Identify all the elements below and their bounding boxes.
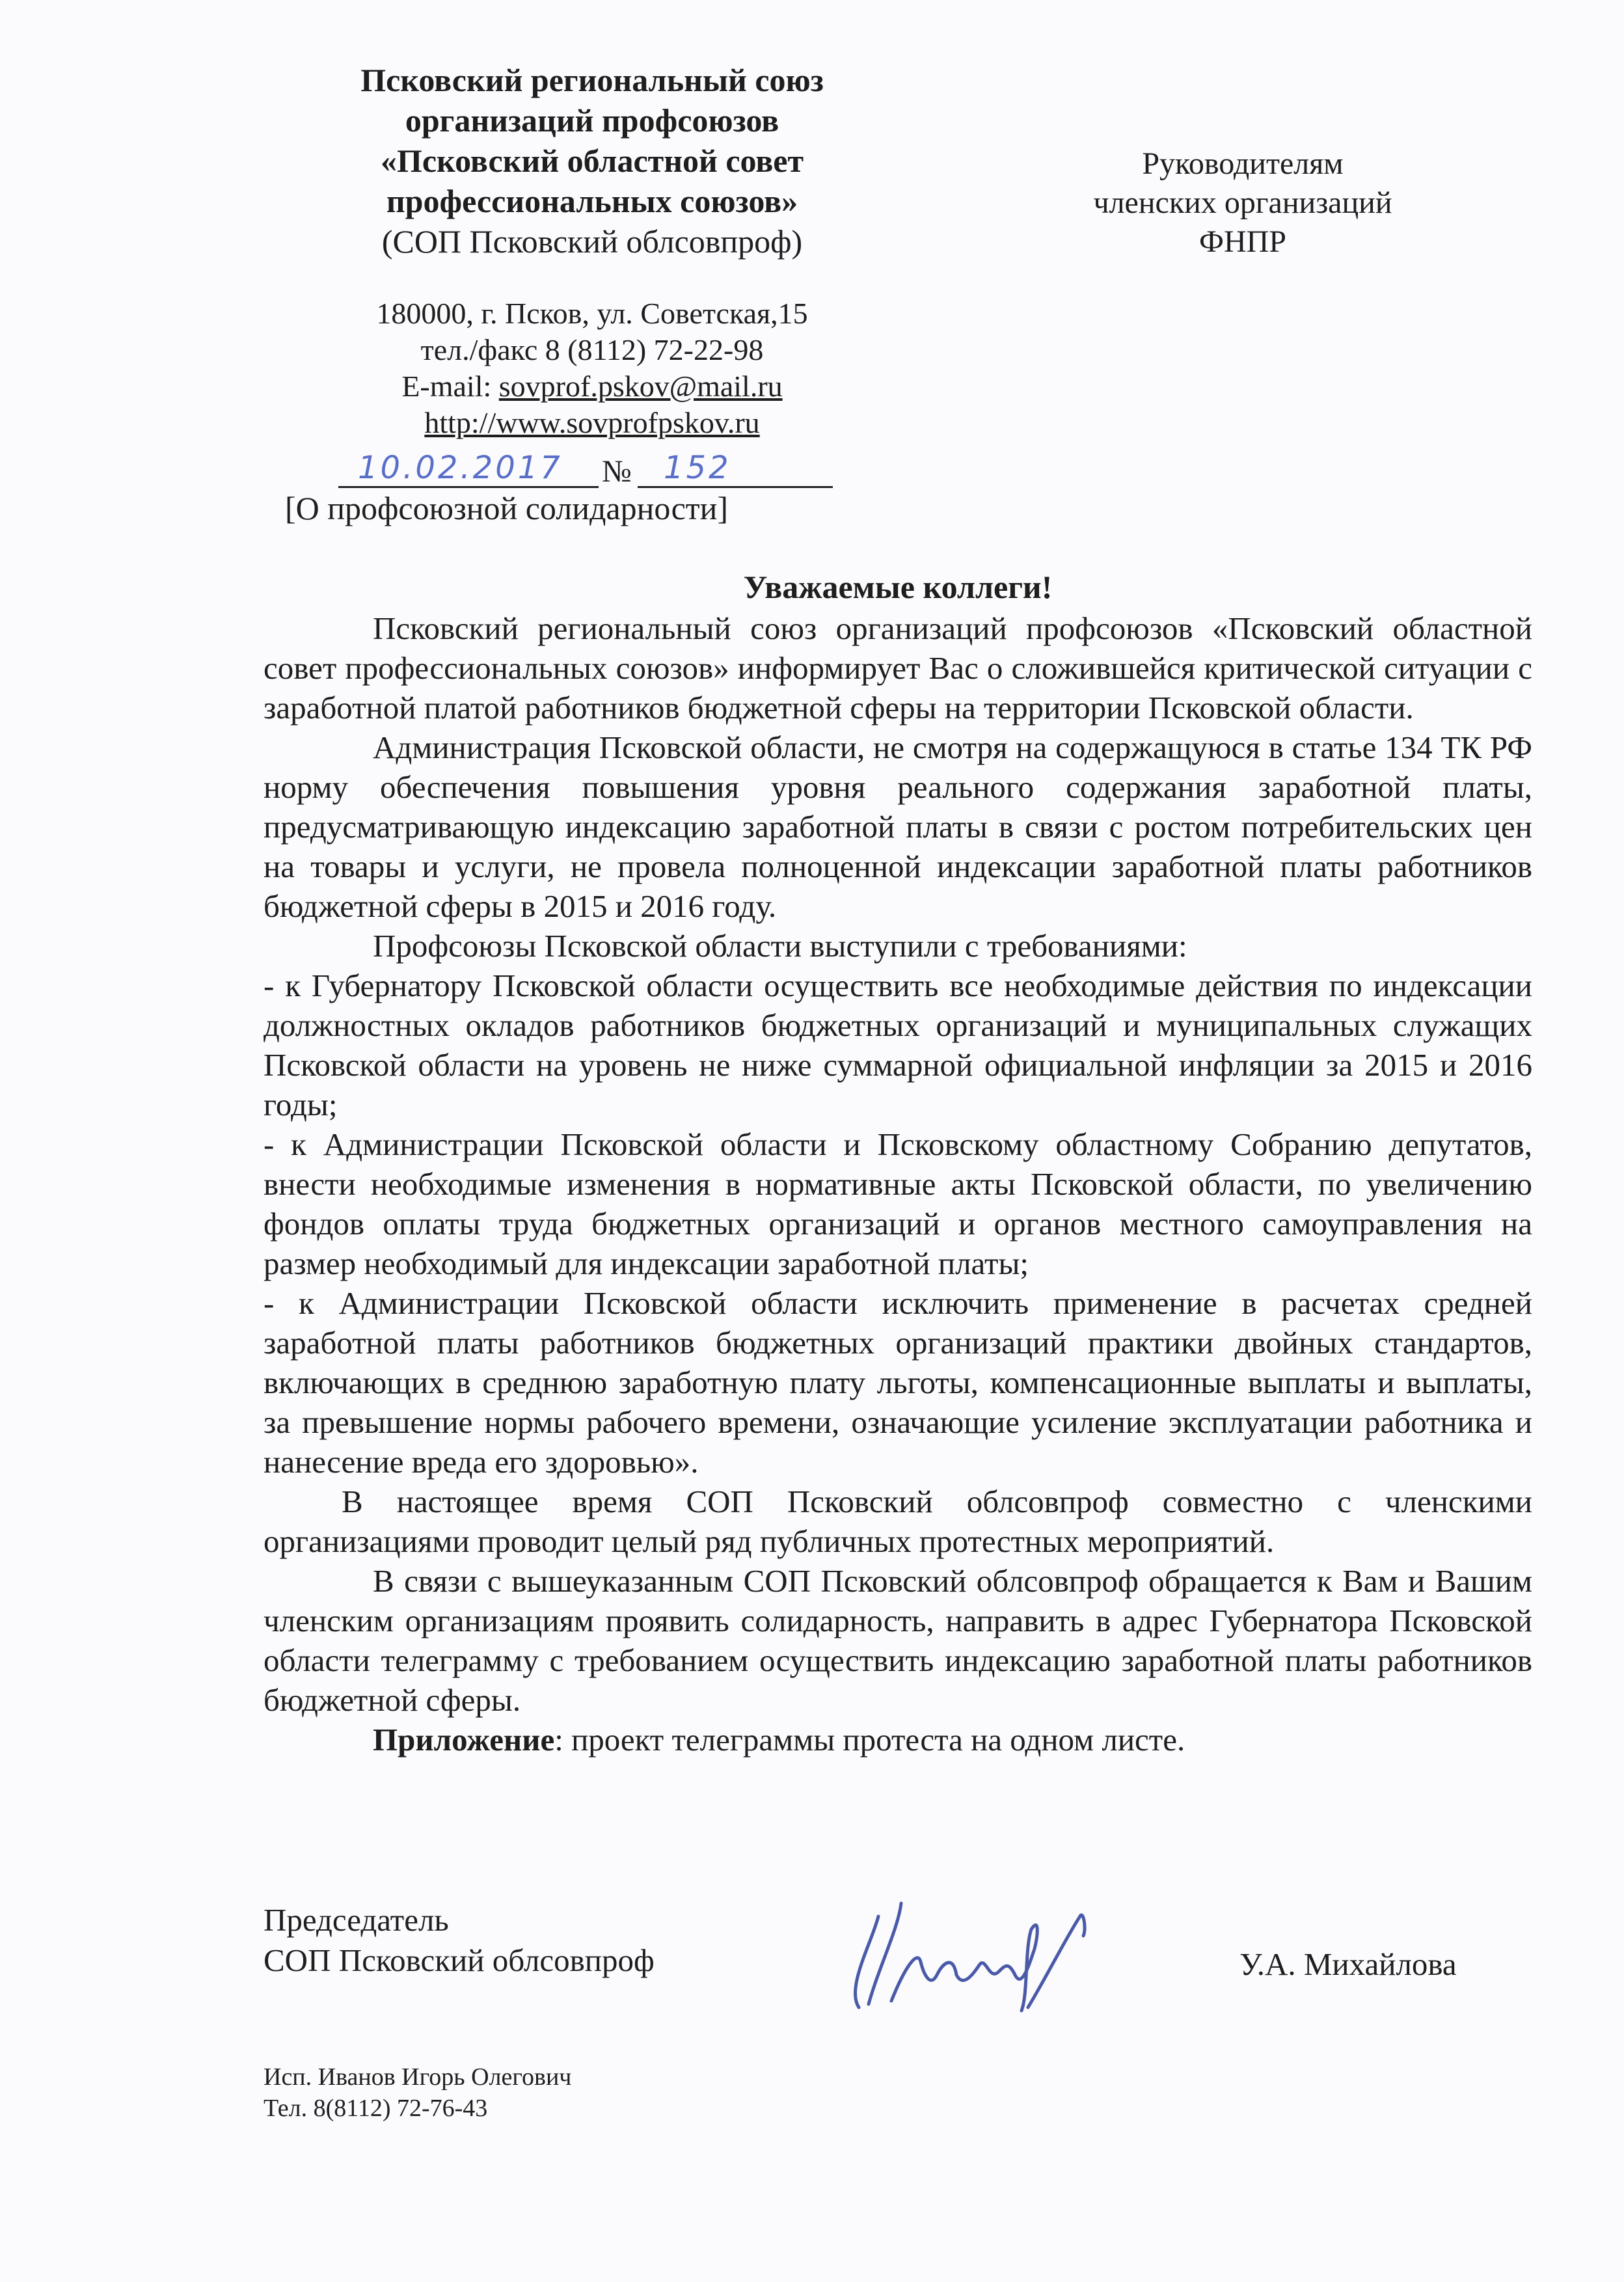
sender-phone-fax: тел./факс 8 (8112) 72-22-98 bbox=[280, 332, 904, 368]
demand-2: - к Администрации Псковской области и Пс… bbox=[264, 1124, 1532, 1283]
attachment-text: : проект телеграммы протеста на одном ли… bbox=[554, 1722, 1185, 1758]
signature-icon bbox=[833, 1890, 1145, 2014]
position-line-2: СОП Псковский облсовпроф bbox=[264, 1940, 655, 1981]
demand-3: - к Администрации Псковской области искл… bbox=[264, 1283, 1532, 1482]
paragraph-1: Псковский региональный союз организаций … bbox=[264, 608, 1532, 727]
recipient-block: Руководителям членских организаций ФНПР bbox=[1035, 144, 1451, 262]
email-label: E-mail: bbox=[401, 370, 498, 403]
recipient-line-1: Руководителям bbox=[1035, 144, 1451, 183]
org-name-line-1: Псковский региональный союз bbox=[280, 60, 904, 100]
letter-subject: [О профсоюзной солидарности] bbox=[285, 489, 728, 527]
paragraph-2: Администрация Псковской области, не смот… bbox=[264, 727, 1532, 926]
registration-line: 10.02.2017 № 152 bbox=[338, 449, 833, 493]
org-short-name: (СОП Псковский облсовпроф) bbox=[280, 221, 904, 262]
registration-date: 10.02.2017 bbox=[358, 450, 563, 486]
sender-contacts: 180000, г. Псков, ул. Советская,15 тел./… bbox=[280, 295, 904, 441]
executor-phone: Тел. 8(8112) 72-76-43 bbox=[264, 2093, 571, 2124]
paragraph-5: В связи с вышеуказанным СОП Псковский об… bbox=[264, 1561, 1532, 1720]
executor-info: Исп. Иванов Игорь Олегович Тел. 8(8112) … bbox=[264, 2061, 571, 2124]
paragraph-4: В настоящее время СОП Псковский облсовпр… bbox=[264, 1482, 1532, 1561]
recipient-line-2: членских организаций bbox=[1035, 183, 1451, 223]
recipient-line-3: ФНПР bbox=[1035, 223, 1451, 262]
position-line-1: Председатель bbox=[264, 1900, 655, 1940]
sender-email-line: E-mail: sovprof.pskov@mail.ru bbox=[280, 368, 904, 405]
org-name-line-3: «Псковский областной совет bbox=[280, 141, 904, 181]
sender-address: 180000, г. Псков, ул. Советская,15 bbox=[280, 295, 904, 332]
number-sign: № bbox=[602, 454, 632, 489]
salutation: Уважаемые коллеги! bbox=[264, 567, 1532, 607]
letter-body: Уважаемые коллеги! Псковский региональны… bbox=[264, 567, 1532, 1759]
org-name-line-2: организаций профсоюзов bbox=[280, 100, 904, 141]
registration-number: 152 bbox=[664, 450, 731, 486]
handwritten-signature bbox=[833, 1890, 1145, 2014]
attachment-line: Приложение: проект телеграммы протеста н… bbox=[264, 1720, 1532, 1759]
attachment-label: Приложение bbox=[373, 1722, 554, 1758]
website-link[interactable]: http://www.sovprofpskov.ru bbox=[280, 405, 904, 441]
registration-number-field: 152 bbox=[638, 443, 833, 488]
org-name-line-4: профессиональных союзов» bbox=[280, 181, 904, 221]
registration-date-field: 10.02.2017 bbox=[338, 443, 599, 488]
signatory-position: Председатель СОП Псковский облсовпроф bbox=[264, 1900, 655, 1981]
sender-letterhead: Псковский региональный союз организаций … bbox=[280, 60, 904, 441]
signatory-name: У.А. Михайлова bbox=[1239, 1946, 1457, 1983]
demand-1: - к Губернатору Псковской области осущес… bbox=[264, 966, 1532, 1124]
paragraph-3: Профсоюзы Псковской области выступили с … bbox=[264, 926, 1532, 966]
email-link[interactable]: sovprof.pskov@mail.ru bbox=[499, 370, 783, 403]
executor-name: Исп. Иванов Игорь Олегович bbox=[264, 2061, 571, 2093]
